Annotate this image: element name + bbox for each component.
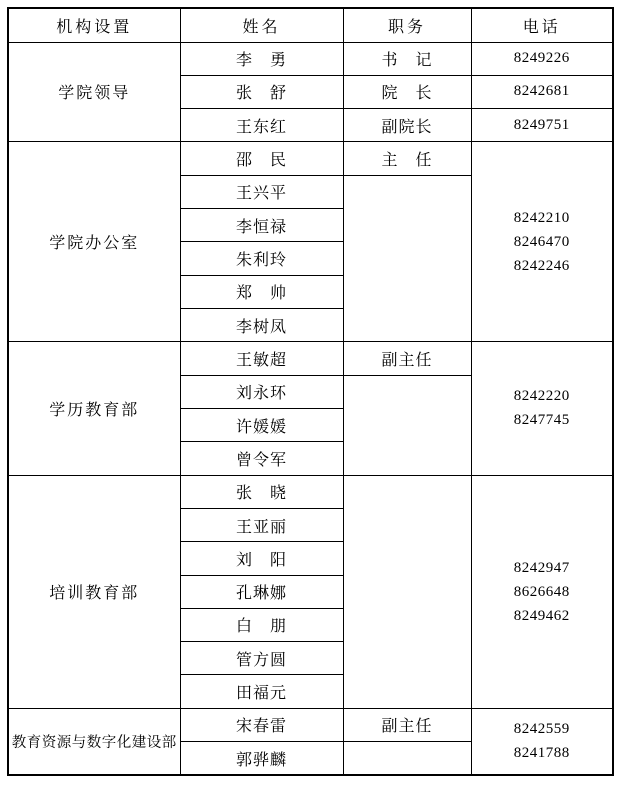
- name-cell: 王亚丽: [180, 508, 343, 541]
- name-cell: 张 舒: [180, 75, 343, 108]
- name-cell: 许媛媛: [180, 408, 343, 441]
- title-cell-empty: [343, 742, 471, 775]
- name-cell: 王敏超: [180, 342, 343, 375]
- phone-cell: 8242220 8247745: [471, 342, 613, 475]
- phone-line: 8242220: [472, 384, 613, 408]
- page: 机构设置 姓名 职务 电话 学院领导 李 勇 书 记 8249226 张 舒 院…: [0, 0, 619, 783]
- table-row: 学历教育部 王敏超 副主任 8242220 8247745: [8, 342, 613, 375]
- title-cell: 副主任: [343, 342, 471, 375]
- phone-line: 8626648: [472, 580, 613, 604]
- title-cell-empty: [343, 475, 471, 708]
- contact-table: 机构设置 姓名 职务 电话 学院领导 李 勇 书 记 8249226 张 舒 院…: [7, 7, 614, 776]
- org-cell: 教育资源与数字化建设部: [8, 708, 180, 775]
- name-cell: 王兴平: [180, 175, 343, 208]
- name-cell: 宋春雷: [180, 708, 343, 741]
- phone-line: 8242210: [472, 206, 613, 230]
- name-cell: 田福元: [180, 675, 343, 708]
- title-cell: 书 记: [343, 42, 471, 75]
- name-cell: 曾令军: [180, 442, 343, 475]
- phone-cell: 8242559 8241788: [471, 708, 613, 775]
- phone-line: 8247745: [472, 408, 613, 432]
- phone-cell: 8242210 8246470 8242246: [471, 142, 613, 342]
- phone-cell: 8242947 8626648 8249462: [471, 475, 613, 708]
- phone-line: 8246470: [472, 230, 613, 254]
- col-header-org: 机构设置: [8, 8, 180, 42]
- name-cell: 孔琳娜: [180, 575, 343, 608]
- phone-line: 8242559: [472, 717, 613, 741]
- name-cell: 李树凤: [180, 309, 343, 342]
- name-cell: 张 晓: [180, 475, 343, 508]
- col-header-title: 职务: [343, 8, 471, 42]
- name-cell: 管方圆: [180, 642, 343, 675]
- phone-cell: 8242681: [471, 75, 613, 108]
- name-cell: 朱利玲: [180, 242, 343, 275]
- title-cell: 院 长: [343, 75, 471, 108]
- name-cell: 李 勇: [180, 42, 343, 75]
- table-row: 培训教育部 张 晓 8242947 8626648 8249462: [8, 475, 613, 508]
- col-header-name: 姓名: [180, 8, 343, 42]
- name-cell: 邵 民: [180, 142, 343, 175]
- col-header-phone: 电话: [471, 8, 613, 42]
- name-cell: 王东红: [180, 109, 343, 142]
- org-cell: 学历教育部: [8, 342, 180, 475]
- name-cell: 郑 帅: [180, 275, 343, 308]
- header-row: 机构设置 姓名 职务 电话: [8, 8, 613, 42]
- phone-line: 8241788: [472, 741, 613, 765]
- title-cell: 副主任: [343, 708, 471, 741]
- name-cell: 白 朋: [180, 608, 343, 641]
- title-cell-empty: [343, 375, 471, 475]
- title-cell: 主 任: [343, 142, 471, 175]
- name-cell: 李恒禄: [180, 209, 343, 242]
- name-cell: 刘 阳: [180, 542, 343, 575]
- name-cell: 刘永环: [180, 375, 343, 408]
- phone-line: 8242947: [472, 556, 613, 580]
- table-row: 教育资源与数字化建设部 宋春雷 副主任 8242559 8241788: [8, 708, 613, 741]
- table-row: 学院领导 李 勇 书 记 8249226: [8, 42, 613, 75]
- title-cell-empty: [343, 175, 471, 342]
- org-cell: 学院办公室: [8, 142, 180, 342]
- org-cell: 学院领导: [8, 42, 180, 142]
- table-row: 学院办公室 邵 民 主 任 8242210 8246470 8242246: [8, 142, 613, 175]
- phone-cell: 8249751: [471, 109, 613, 142]
- title-cell: 副院长: [343, 109, 471, 142]
- phone-line: 8249462: [472, 604, 613, 628]
- phone-cell: 8249226: [471, 42, 613, 75]
- phone-line: 8242246: [472, 254, 613, 278]
- org-cell: 培训教育部: [8, 475, 180, 708]
- name-cell: 郭骅麟: [180, 742, 343, 775]
